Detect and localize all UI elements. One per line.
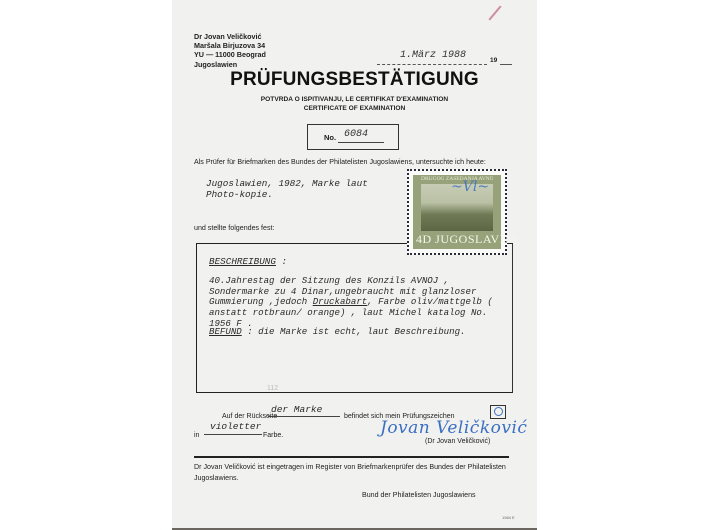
print-code: 1984 E [502,515,515,520]
description-text: 40.Jahrestag der Sitzung des Konzils AVN… [209,276,509,330]
certificate-number: 6084 [344,129,368,140]
pink-pen-mark [488,5,501,20]
number-underline [338,142,384,143]
subtitle-line: POTVRDA O ISPITIVANJU, LE CERTIFIKAT D'E… [172,95,537,104]
issuer-line: Dr Jovan Veličković [194,32,266,41]
description-box: BESCHREIBUNG : 40.Jahrestag der Sitzung … [196,243,513,393]
signatory-name: (Dr Jovan Veličković) [425,438,490,445]
stamp-signature-mark: ~Vl~ [451,179,489,195]
date-year-underline [500,64,512,65]
divider [194,456,509,458]
postage-stamp-image: DRUGOG ZASEDANJA AVNOJ 4D JUGOSLAVIJA ~V… [407,169,507,255]
mark-location-underline [268,416,340,417]
document-title: PRÜFUNGSBESTÄTIGUNG [172,69,537,91]
number-label: No. [324,133,336,142]
stamp-value-text: 4D JUGOSLAVIJA [416,232,518,247]
issuer-address: Dr Jovan Veličković Maršala Birjuzova 34… [194,32,266,69]
description-heading: BESCHREIBUNG : [209,256,287,267]
mark-color: violetter [210,421,261,432]
footer-organization: Bund der Philatelisten Jugoslawiens [362,491,476,499]
mark-color-underline [204,434,262,435]
issuer-line: Jugoslawien [194,60,266,69]
date-year-prefix: 19 [490,57,497,64]
issue-date: 1.März 1988 [400,50,466,61]
exam-mark-box [490,405,506,419]
subtitle-line: CERTIFICATE OF EXAMINATION [172,104,537,113]
description-emphasis: Druckabart [313,296,368,307]
findings-label: BEFUND [209,326,242,337]
mark-location: der Marke [271,404,322,415]
faint-mark: 112 [267,385,278,392]
document-subtitle: POTVRDA O ISPITIVANJU, LE CERTIFIKAT D'E… [172,95,537,113]
issuer-line: YU — 11000 Beograd [194,50,266,59]
footer-text: Dr Jovan Veličković ist eingetragen im R… [194,462,514,484]
findings: BEFUND : die Marke ist echt, laut Beschr… [209,326,509,337]
mark-in-label: in [194,432,199,439]
mark-suffix: Farbe. [263,432,283,439]
date-underline [377,64,487,65]
findings-intro: und stellte folgendes fest: [194,224,274,232]
handwritten-signature: Jovan Veličković [380,418,527,438]
intro-text: Als Prüfer für Briefmarken des Bundes de… [194,157,514,168]
certificate-number-box: No. 6084 [307,124,399,150]
exam-mark-icon [494,407,503,416]
issuer-line: Maršala Birjuzova 34 [194,41,266,50]
examined-item: Jugoslawien, 1982, Marke laut Photo-kopi… [206,178,406,200]
description-heading-label: BESCHREIBUNG [209,256,276,267]
certificate-paper: Dr Jovan Veličković Maršala Birjuzova 34… [172,0,537,530]
findings-text: : die Marke ist echt, laut Beschreibung. [242,326,466,337]
description-heading-colon: : [276,256,287,267]
